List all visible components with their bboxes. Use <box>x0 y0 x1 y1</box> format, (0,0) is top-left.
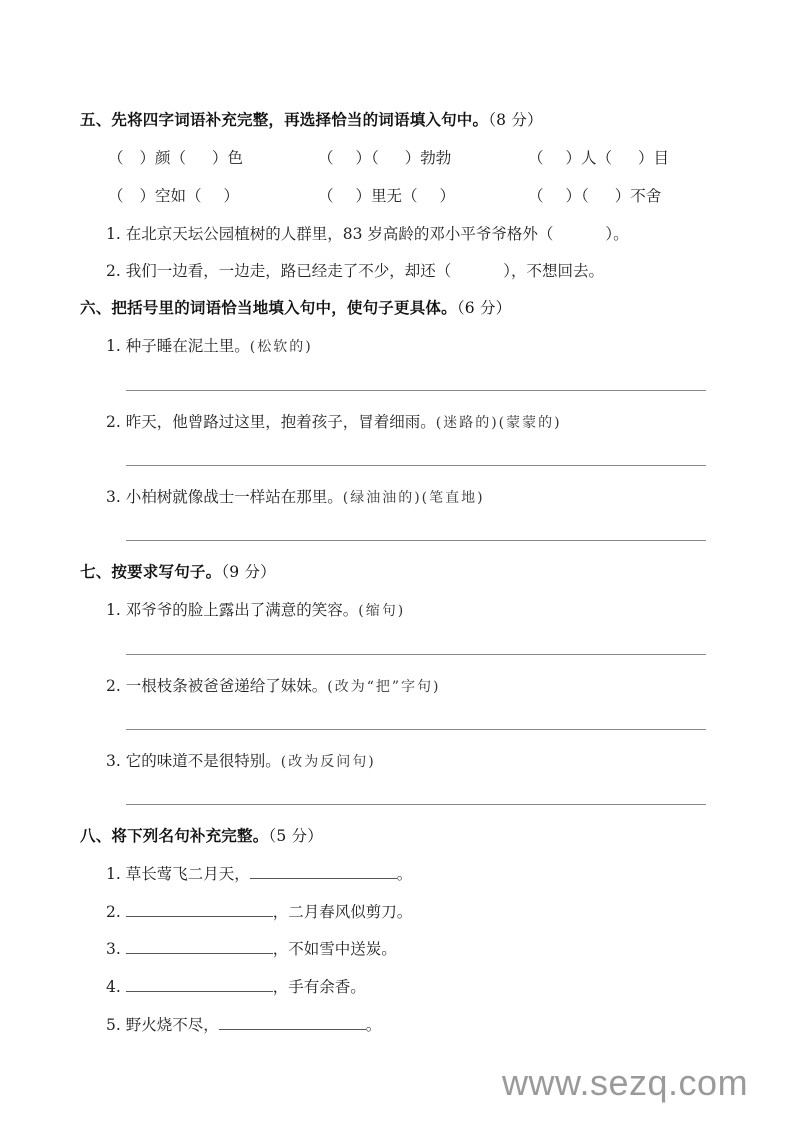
question-text: 邓爷爷的脸上露出了满意的笑容。 <box>126 601 359 619</box>
question-text: ，二月春风似剪刀。 <box>273 903 413 921</box>
section-7-question-3: 3. 它的味道不是很特别。(改为反问句) <box>106 749 376 771</box>
idiom-text: ）（ <box>566 187 589 205</box>
question-hint: (缩句) <box>358 603 405 619</box>
idiom-3: （）人（）目 <box>528 146 669 168</box>
idiom-text: ）颜（ <box>140 149 187 167</box>
idiom-paren: （ <box>528 187 544 205</box>
idiom-text: ）人（ <box>566 149 613 167</box>
question-text: 一根枝条被爸爸递给了妹妹。 <box>126 677 328 695</box>
answer-line[interactable] <box>126 804 706 805</box>
section-7-heading: 七、按要求写句子。（9 分） <box>80 560 276 582</box>
idiom-1: （）颜（）色 <box>108 146 243 168</box>
idiom-text: ）空如（ <box>140 187 202 205</box>
section-8-question-2: 2. ，二月春风似剪刀。 <box>106 900 412 922</box>
idiom-text: ）色 <box>212 149 243 167</box>
question-text: 它的味道不是很特别。 <box>126 752 281 770</box>
question-number: 2. <box>106 262 121 280</box>
section-8-question-5: 5. 野火烧不尽，。 <box>106 1013 381 1035</box>
fill-blank[interactable] <box>126 902 273 917</box>
question-text: 种子睡在泥土里。 <box>126 337 250 355</box>
section-6-title: 六、把括号里的词语恰当地填入句中，使句子更具体。 <box>80 299 457 317</box>
section-5-heading: 五、先将四字词语补充完整，再选择恰当的词语填入句中。（8 分） <box>80 108 543 130</box>
question-number: 3. <box>106 752 121 770</box>
question-hint: (绿油油的)(笔直地) <box>343 490 485 506</box>
question-text: 小柏树就像战士一样站在那里。 <box>126 488 343 506</box>
section-8-score: （5 分） <box>268 827 323 845</box>
fill-blank[interactable] <box>250 864 397 879</box>
question-number: 3. <box>106 940 121 958</box>
section-6-question-2: 2. 昨天，他曾路过这里，抱着孩子，冒着细雨。(迷路的)(蒙蒙的) <box>106 410 562 432</box>
question-number: 5. <box>106 1016 121 1034</box>
fill-blank[interactable] <box>126 939 273 954</box>
question-number: 2. <box>106 903 121 921</box>
section-8-question-3: 3. ，不如雪中送炭。 <box>106 937 397 959</box>
section-7-score: （9 分） <box>221 563 276 581</box>
section-6-question-3: 3. 小柏树就像战士一样站在那里。(绿油油的)(笔直地) <box>106 485 485 507</box>
idiom-4: （）空如（） <box>108 184 239 206</box>
fill-blank[interactable] <box>219 1015 366 1030</box>
idiom-5: （）里无（） <box>318 184 455 206</box>
section-5-question-2: 2. 我们一边看，一边走，路已经走了不少，却还（），不想回去。 <box>106 259 604 281</box>
idiom-text: ）目 <box>638 149 669 167</box>
idiom-paren: （ <box>108 149 124 167</box>
question-number: 1. <box>106 337 121 355</box>
question-text: 。 <box>366 1016 382 1034</box>
question-number: 2. <box>106 677 121 695</box>
section-8-question-1: 1. 草长莺飞二月天，。 <box>106 862 412 884</box>
idiom-text: ） <box>224 187 240 205</box>
question-text: 。 <box>397 865 413 883</box>
question-number: 2. <box>106 413 121 431</box>
watermark: www.sezq.com <box>502 1062 748 1104</box>
fill-blank[interactable] <box>126 977 273 992</box>
question-text: 野火烧不尽， <box>126 1016 219 1034</box>
idiom-6: （）（）不舍 <box>528 184 661 206</box>
question-number: 1. <box>106 601 121 619</box>
idiom-paren: （ <box>318 187 334 205</box>
question-number: 1. <box>106 225 121 243</box>
question-hint: (改为“把”字句) <box>327 679 440 695</box>
question-text: ）。 <box>605 225 628 243</box>
section-6-heading: 六、把括号里的词语恰当地填入句中，使句子更具体。（6 分） <box>80 296 511 318</box>
question-text: ，手有余香。 <box>273 978 366 996</box>
answer-line[interactable] <box>126 540 706 541</box>
section-5-title: 五、先将四字词语补充完整，再选择恰当的词语填入句中。 <box>80 111 488 129</box>
question-hint: (松软的) <box>250 339 313 355</box>
answer-line[interactable] <box>126 654 706 655</box>
idiom-paren: （ <box>318 149 334 167</box>
idiom-paren: （ <box>108 187 124 205</box>
idiom-text: ）勃勃 <box>405 149 452 167</box>
question-text: 草长莺飞二月天， <box>126 865 250 883</box>
idiom-text: ）不舍 <box>615 187 662 205</box>
section-7-question-2: 2. 一根枝条被爸爸递给了妹妹。(改为“把”字句) <box>106 674 441 696</box>
question-hint: (改为反问句) <box>281 754 376 770</box>
question-number: 4. <box>106 978 121 996</box>
answer-line[interactable] <box>126 465 706 466</box>
question-text: 在北京天坛公园植树的人群里，83 岁高龄的邓小平爷爷格外（ <box>126 225 554 243</box>
answer-line[interactable] <box>126 729 706 730</box>
idiom-text: ） <box>440 187 456 205</box>
question-text: 昨天，他曾路过这里，抱着孩子，冒着细雨。 <box>126 413 436 431</box>
section-5-score: （8 分） <box>488 111 543 129</box>
section-8-title: 八、将下列名句补充完整。 <box>80 827 268 845</box>
section-8-heading: 八、将下列名句补充完整。（5 分） <box>80 824 323 846</box>
idiom-2: （）（）勃勃 <box>318 146 451 168</box>
answer-line[interactable] <box>126 390 706 391</box>
section-8-question-4: 4. ，手有余香。 <box>106 975 366 997</box>
section-6-score: （6 分） <box>457 299 512 317</box>
section-7-title: 七、按要求写句子。 <box>80 563 221 581</box>
question-hint: (迷路的)(蒙蒙的) <box>436 415 562 431</box>
question-text: 我们一边看，一边走，路已经走了不少，却还（ <box>126 262 452 280</box>
idiom-paren: （ <box>528 149 544 167</box>
question-text: ），不想回去。 <box>503 262 604 280</box>
section-6-question-1: 1. 种子睡在泥土里。(松软的) <box>106 334 313 356</box>
idiom-text: ）里无（ <box>356 187 418 205</box>
section-7-question-1: 1. 邓爷爷的脸上露出了满意的笑容。(缩句) <box>106 598 405 620</box>
question-number: 3. <box>106 488 121 506</box>
section-5-question-1: 1. 在北京天坛公园植树的人群里，83 岁高龄的邓小平爷爷格外（）。 <box>106 222 629 244</box>
idiom-text: ）（ <box>356 149 379 167</box>
question-number: 1. <box>106 865 121 883</box>
question-text: ，不如雪中送炭。 <box>273 940 397 958</box>
